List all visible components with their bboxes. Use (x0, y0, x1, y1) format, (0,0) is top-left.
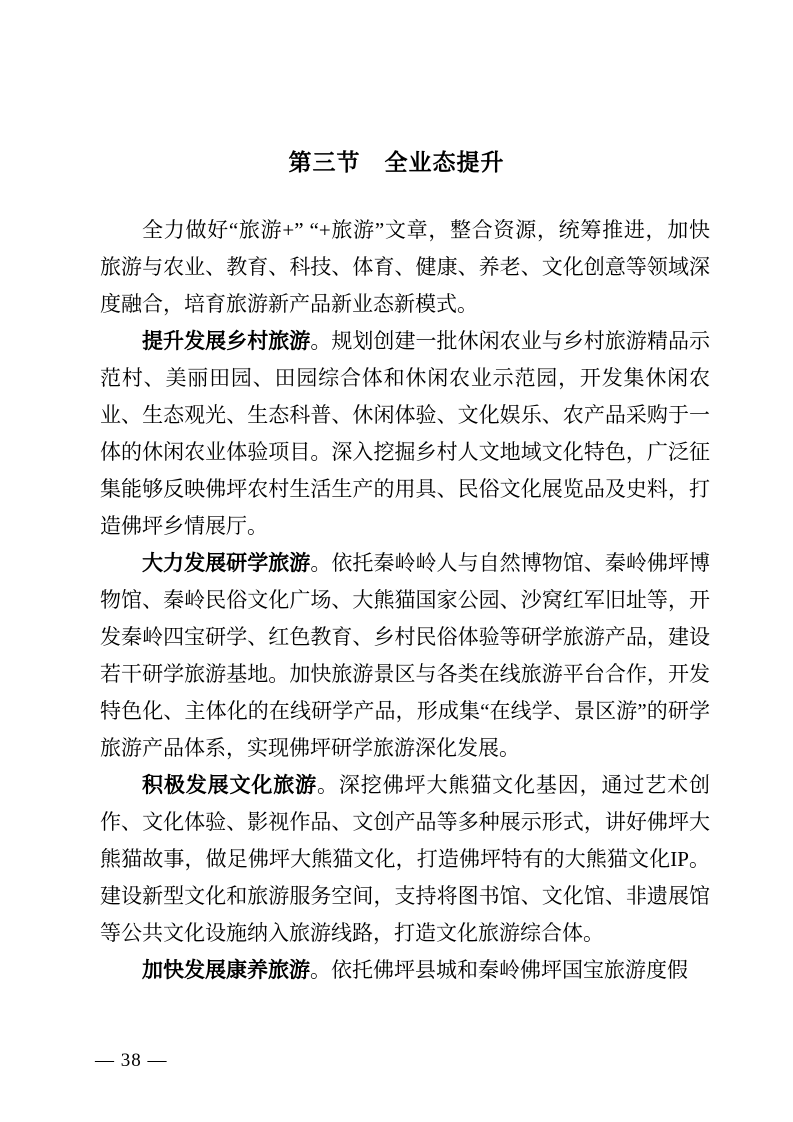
paragraph-text: 。依托秦岭岭人与自然博物馆、秦岭佛坪博物馆、秦岭民俗文化广场、大熊猫国家公园、沙… (100, 551, 710, 760)
page-number: — 38 — (95, 1050, 168, 1072)
paragraph-study-tourism: 大力发展研学旅游。依托秦岭岭人与自然博物馆、秦岭佛坪博物馆、秦岭民俗文化广场、大… (100, 545, 710, 767)
document-body: 全力做好“旅游+” “+旅游”文章，整合资源，统筹推进，加快旅游与农业、教育、科… (100, 212, 710, 989)
paragraph-culture-tourism: 积极发展文化旅游。深挖佛坪大熊猫文化基因，通过艺术创作、文化体验、影视作品、文创… (100, 767, 710, 952)
paragraph-lead: 提升发展乡村旅游 (142, 329, 310, 353)
section-title: 第三节 全业态提升 (0, 0, 793, 180)
paragraph-text: 。规划创建一批休闲农业与乡村旅游精品示范村、美丽田园、田园综合体和休闲农业示范园… (100, 329, 710, 538)
paragraph-wellness-tourism: 加快发展康养旅游。依托佛坪县城和秦岭佛坪国宝旅游度假 (100, 952, 710, 989)
paragraph-text: 。深挖佛坪大熊猫文化基因，通过艺术创作、文化体验、影视作品、文创产品等多种展示形… (100, 773, 710, 945)
paragraph-lead: 加快发展康养旅游 (142, 958, 310, 982)
paragraph-lead: 积极发展文化旅游 (142, 773, 317, 797)
paragraph-text: 全力做好“旅游+” “+旅游”文章，整合资源，统筹推进，加快旅游与农业、教育、科… (100, 218, 710, 316)
paragraph-intro: 全力做好“旅游+” “+旅游”文章，整合资源，统筹推进，加快旅游与农业、教育、科… (100, 212, 710, 323)
paragraph-text: 。依托佛坪县城和秦岭佛坪国宝旅游度假 (310, 958, 688, 982)
paragraph-lead: 大力发展研学旅游 (142, 551, 310, 575)
document-page: 第三节 全业态提升 全力做好“旅游+” “+旅游”文章，整合资源，统筹推进，加快… (0, 0, 793, 1122)
paragraph-rural-tourism: 提升发展乡村旅游。规划创建一批休闲农业与乡村旅游精品示范村、美丽田园、田园综合体… (100, 323, 710, 545)
